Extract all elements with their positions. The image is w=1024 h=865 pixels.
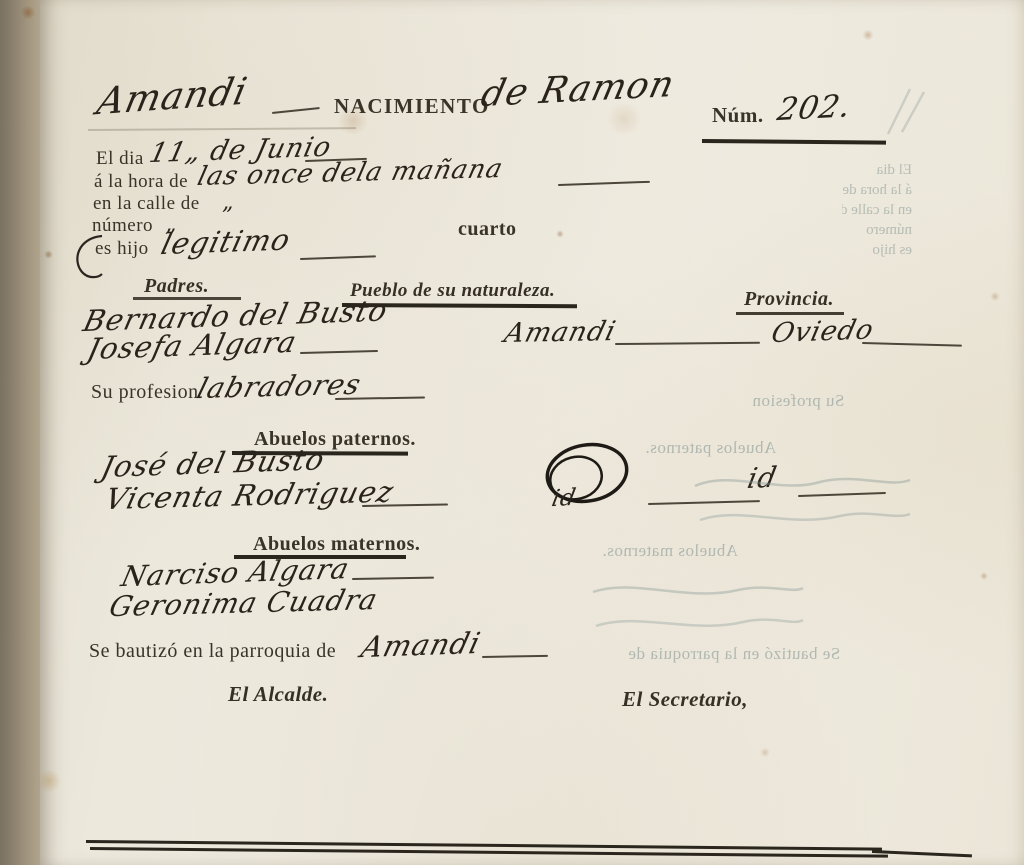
street-ditto-mark: „ <box>222 190 234 215</box>
stain <box>980 572 988 580</box>
bleedthrough-text: á la hora de <box>842 180 912 200</box>
bleedthrough-form-labels: El dia á la hora de en la calle de númer… <box>842 160 912 264</box>
stain <box>990 292 1000 301</box>
parents-header: Padres. <box>144 275 209 298</box>
provincia-rule <box>736 312 844 315</box>
bleedthrough-script-marks <box>588 578 808 638</box>
bleedthrough-text: Abuelos paternos. <box>645 438 776 458</box>
provincia-header: Provincia. <box>744 288 834 311</box>
stain <box>862 30 874 40</box>
pueblo-value-handwriting: Amandi <box>501 316 619 349</box>
bleedthrough-text: número <box>842 220 912 240</box>
bleedthrough-text: Se bautizó en la parroquia de <box>628 644 840 664</box>
floor-note: cuarto <box>458 218 517 241</box>
bleedthrough-script-marks <box>690 468 915 533</box>
secretario-signature-label: El Secretario, <box>622 687 748 712</box>
bleedthrough-text: Su profesion <box>752 391 844 411</box>
street-label: en la calle de <box>93 193 200 215</box>
bleedthrough-text: es hijo <box>842 240 912 260</box>
baptism-label: Se bautizó en la parroquia de <box>89 640 336 663</box>
stain <box>760 748 770 757</box>
provincia-value-handwriting: Oviedo <box>768 314 877 349</box>
hour-label: á la hora de <box>94 171 188 193</box>
stain <box>20 6 36 19</box>
profession-value-handwriting: labradores <box>193 368 365 406</box>
bleedthrough-text: Abuelos maternos. <box>602 541 738 561</box>
ink-flourish <box>72 232 112 282</box>
record-number-label: Núm. <box>712 103 764 128</box>
stain <box>36 770 62 792</box>
baptism-parish-handwriting: Amandi <box>358 626 485 664</box>
day-label: El dia <box>96 148 144 170</box>
scanned-birth-record: Amandi NACIMIENTO de Ramon Núm. 202. El … <box>0 0 1024 865</box>
stain <box>44 250 53 259</box>
record-number-value: 202. <box>774 88 854 128</box>
stain <box>336 108 370 134</box>
bleedthrough-text: El dia <box>842 160 912 180</box>
bleedthrough-text: en la calle de <box>842 200 912 220</box>
book-binding-edge <box>0 0 40 865</box>
stain <box>604 104 644 134</box>
profession-label: Su profesion <box>91 381 199 404</box>
alcalde-signature-label: El Alcalde. <box>228 682 328 707</box>
stain <box>556 230 564 238</box>
bleedthrough-faint-mark <box>880 84 940 139</box>
legitimacy-value-handwriting: legitimo <box>158 222 295 261</box>
